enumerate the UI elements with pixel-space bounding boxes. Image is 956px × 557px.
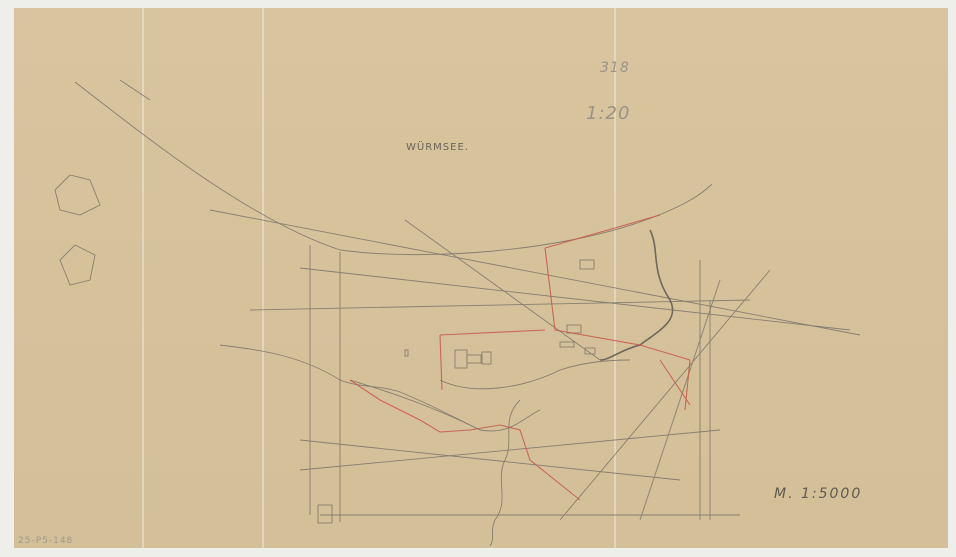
top-annotation: 1:20 bbox=[586, 103, 630, 124]
archive-reference: 25-P5-148 bbox=[18, 536, 73, 546]
top-annotation: 318 bbox=[600, 60, 630, 76]
map-drawing bbox=[14, 8, 948, 548]
map-sheet: WÜRMSEE. 318 1:20 M. 1:5000 25-P5-148 bbox=[14, 8, 948, 548]
lake-label: WÜRMSEE. bbox=[406, 142, 469, 153]
scale-label: M. 1:5000 bbox=[774, 486, 862, 502]
property-boundaries bbox=[350, 215, 690, 500]
